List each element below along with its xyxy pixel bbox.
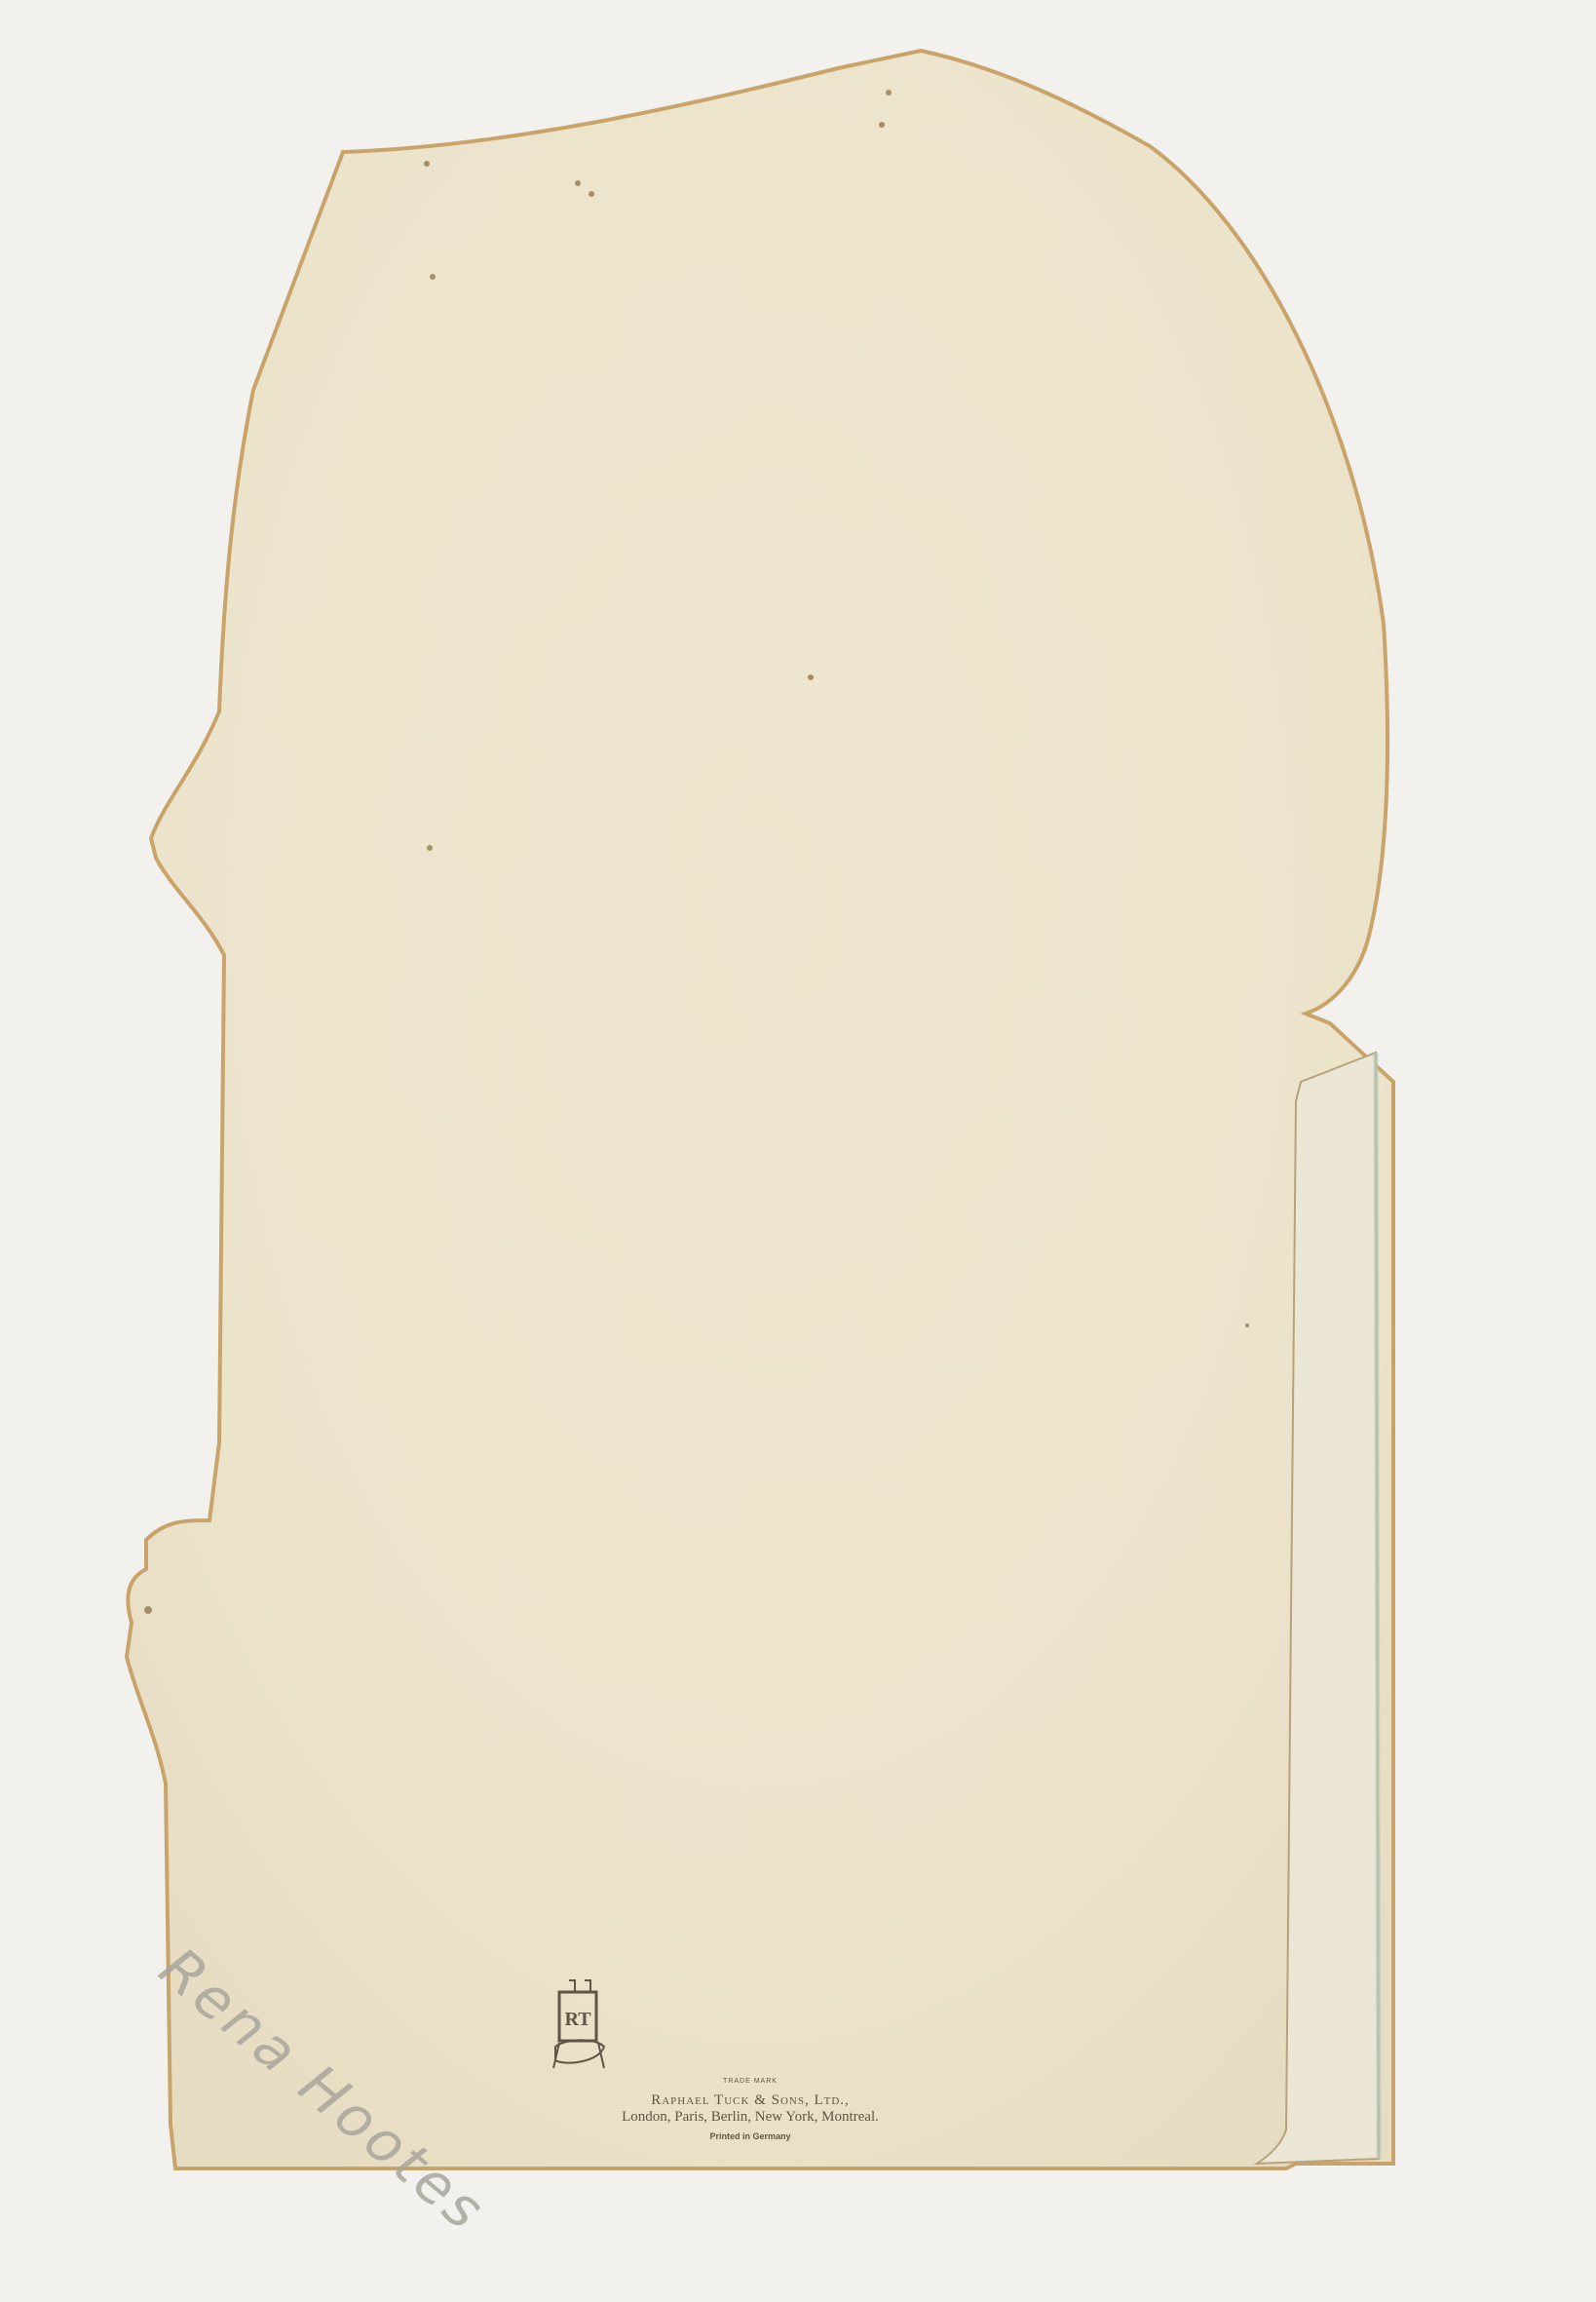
printed-in-label: Printed in Germany xyxy=(546,2131,955,2141)
photo-stage: Rena Hootes RT TRADE MARK Raphael Tuck &… xyxy=(0,0,1596,2302)
publisher-imprint: RT TRADE MARK Raphael Tuck & Sons, Ltd.,… xyxy=(546,1978,955,2141)
company-cities: London, Paris, Berlin, New York, Montrea… xyxy=(546,2109,955,2126)
fold-edge xyxy=(1376,1053,1379,2159)
trademark-label: TRADE MARK xyxy=(546,2078,955,2085)
company-name: Raphael Tuck & Sons, Ltd., xyxy=(546,2092,955,2109)
easel-palette-trademark-icon: RT xyxy=(716,1978,784,2076)
cutout-body xyxy=(127,51,1393,2168)
paper-cutout xyxy=(0,0,1596,2302)
svg-text:RT: RT xyxy=(564,2009,591,2030)
